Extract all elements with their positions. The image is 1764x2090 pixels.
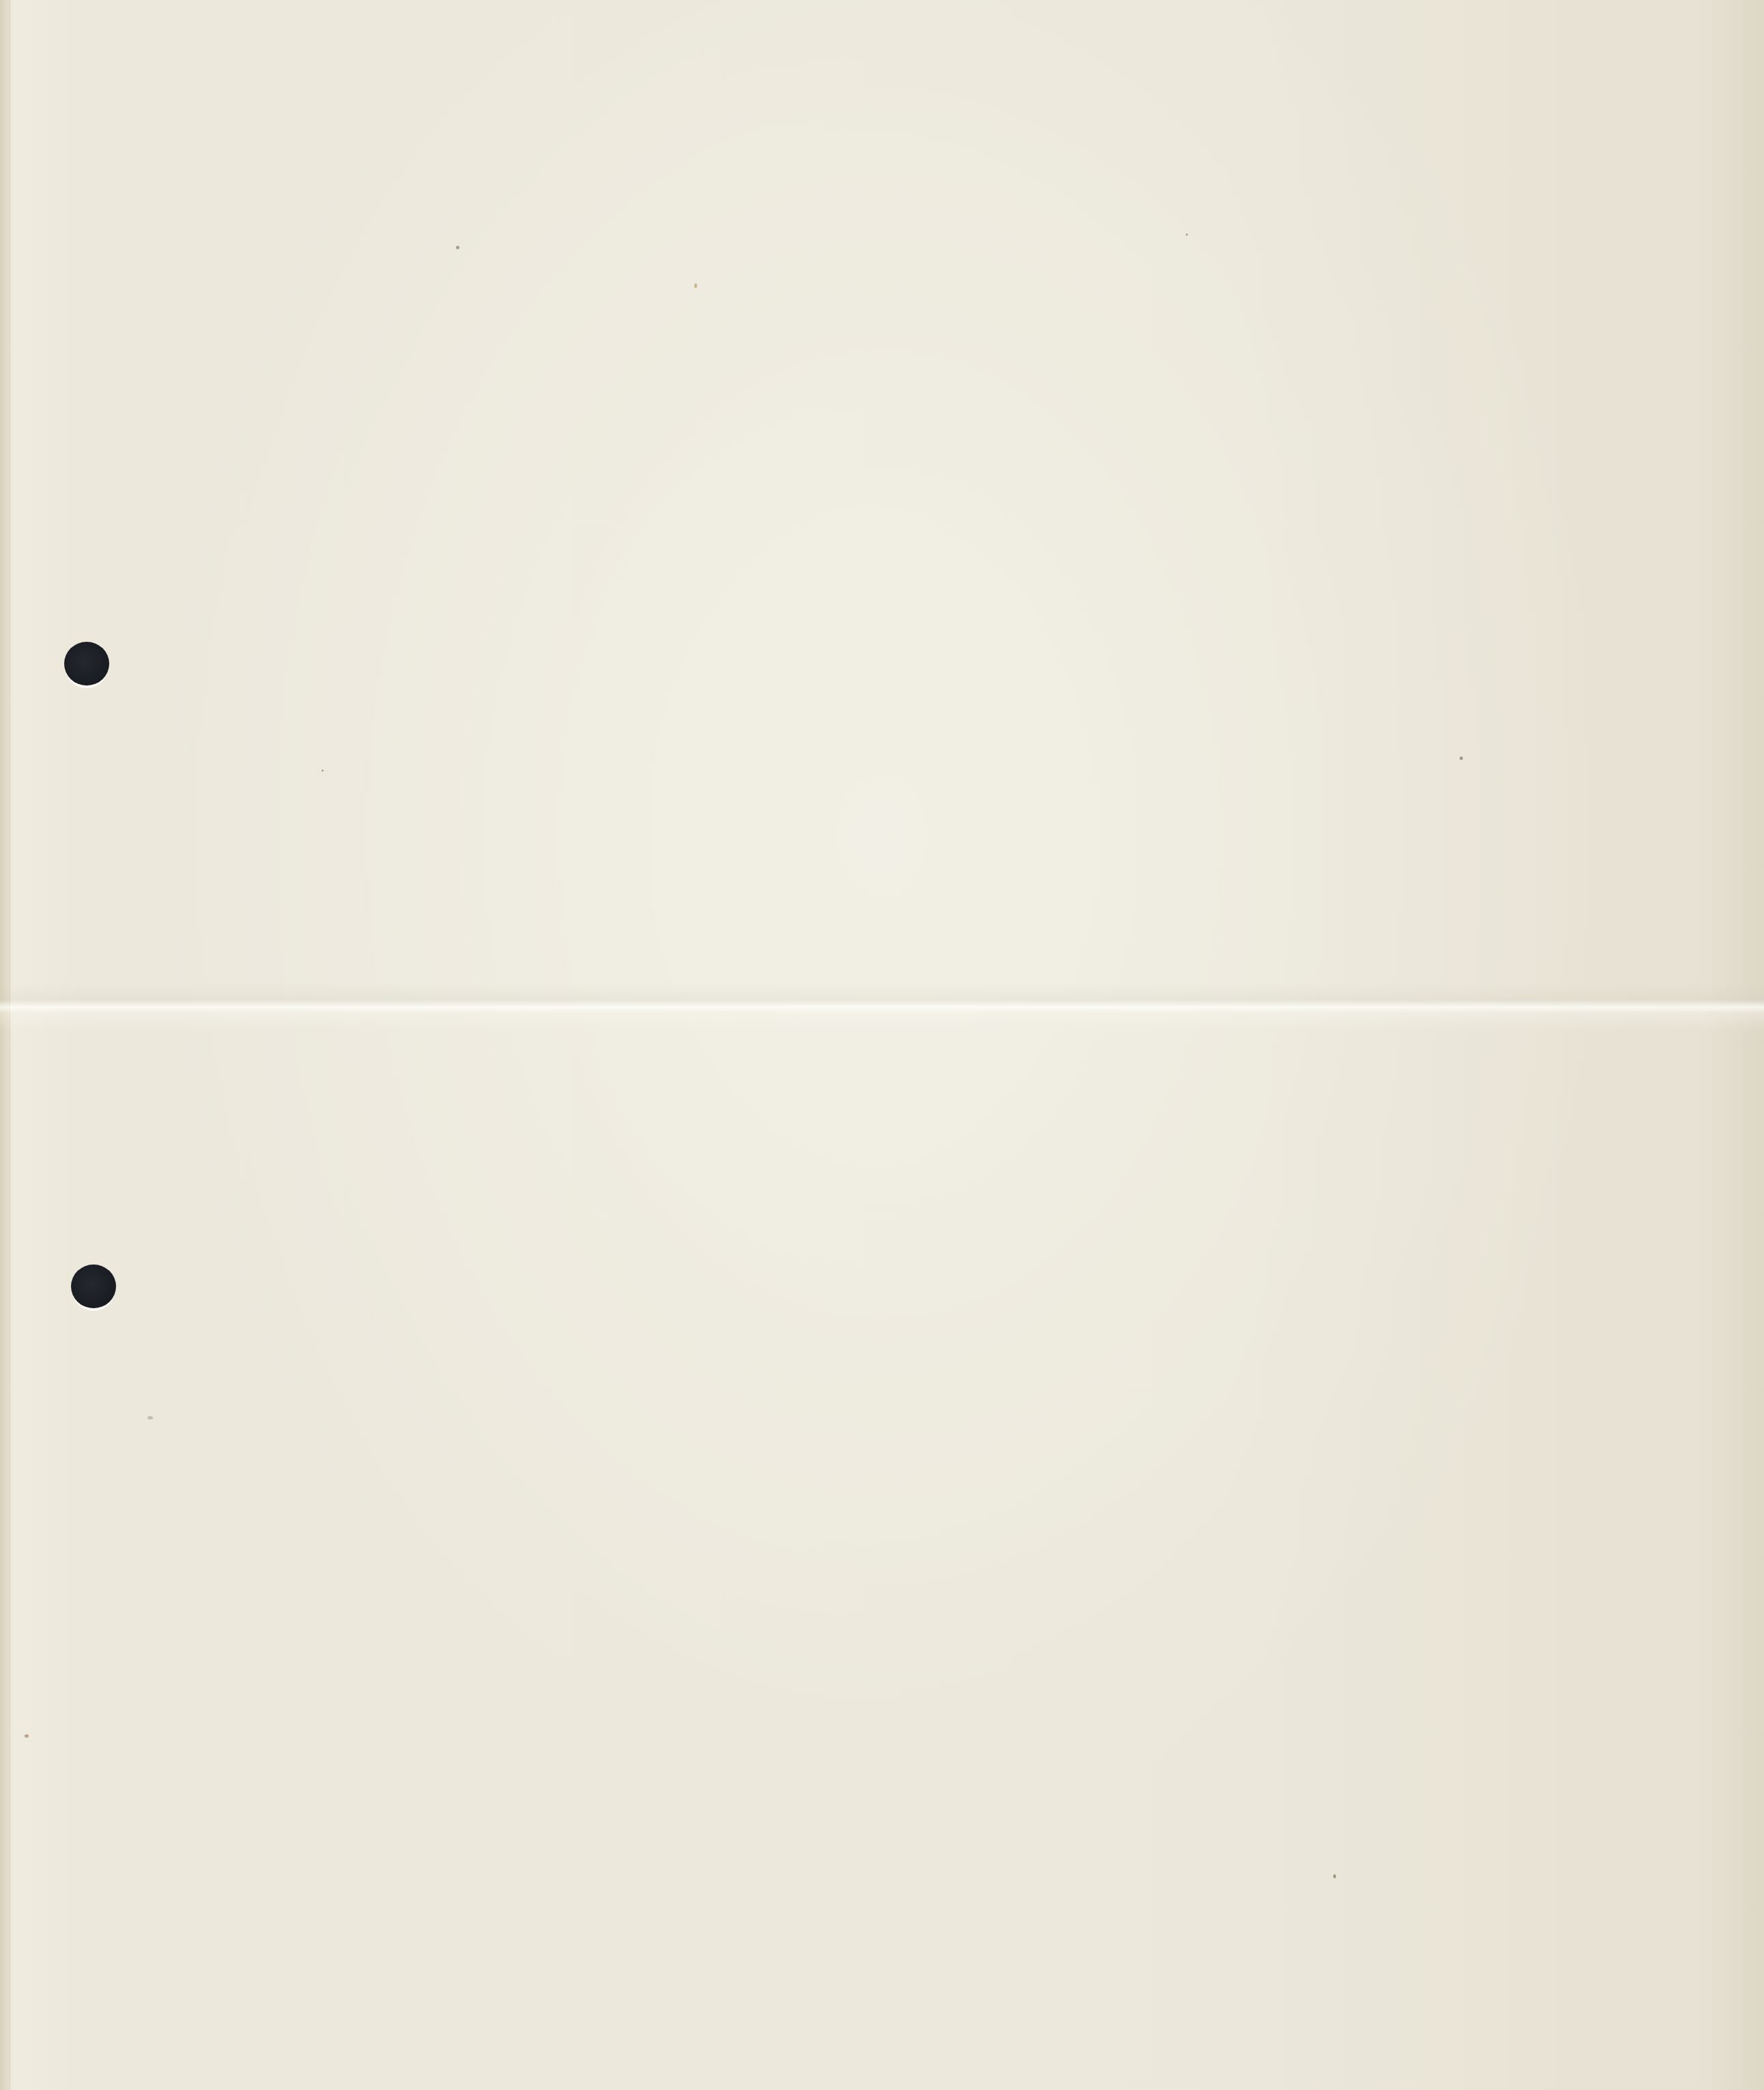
paper-left-edge xyxy=(0,0,10,2090)
punch-hole-top xyxy=(64,642,109,686)
paper-speck xyxy=(25,1734,29,1738)
document-page xyxy=(0,0,1764,2090)
punch-hole-bottom xyxy=(71,1265,116,1308)
page-content xyxy=(137,137,1627,1953)
